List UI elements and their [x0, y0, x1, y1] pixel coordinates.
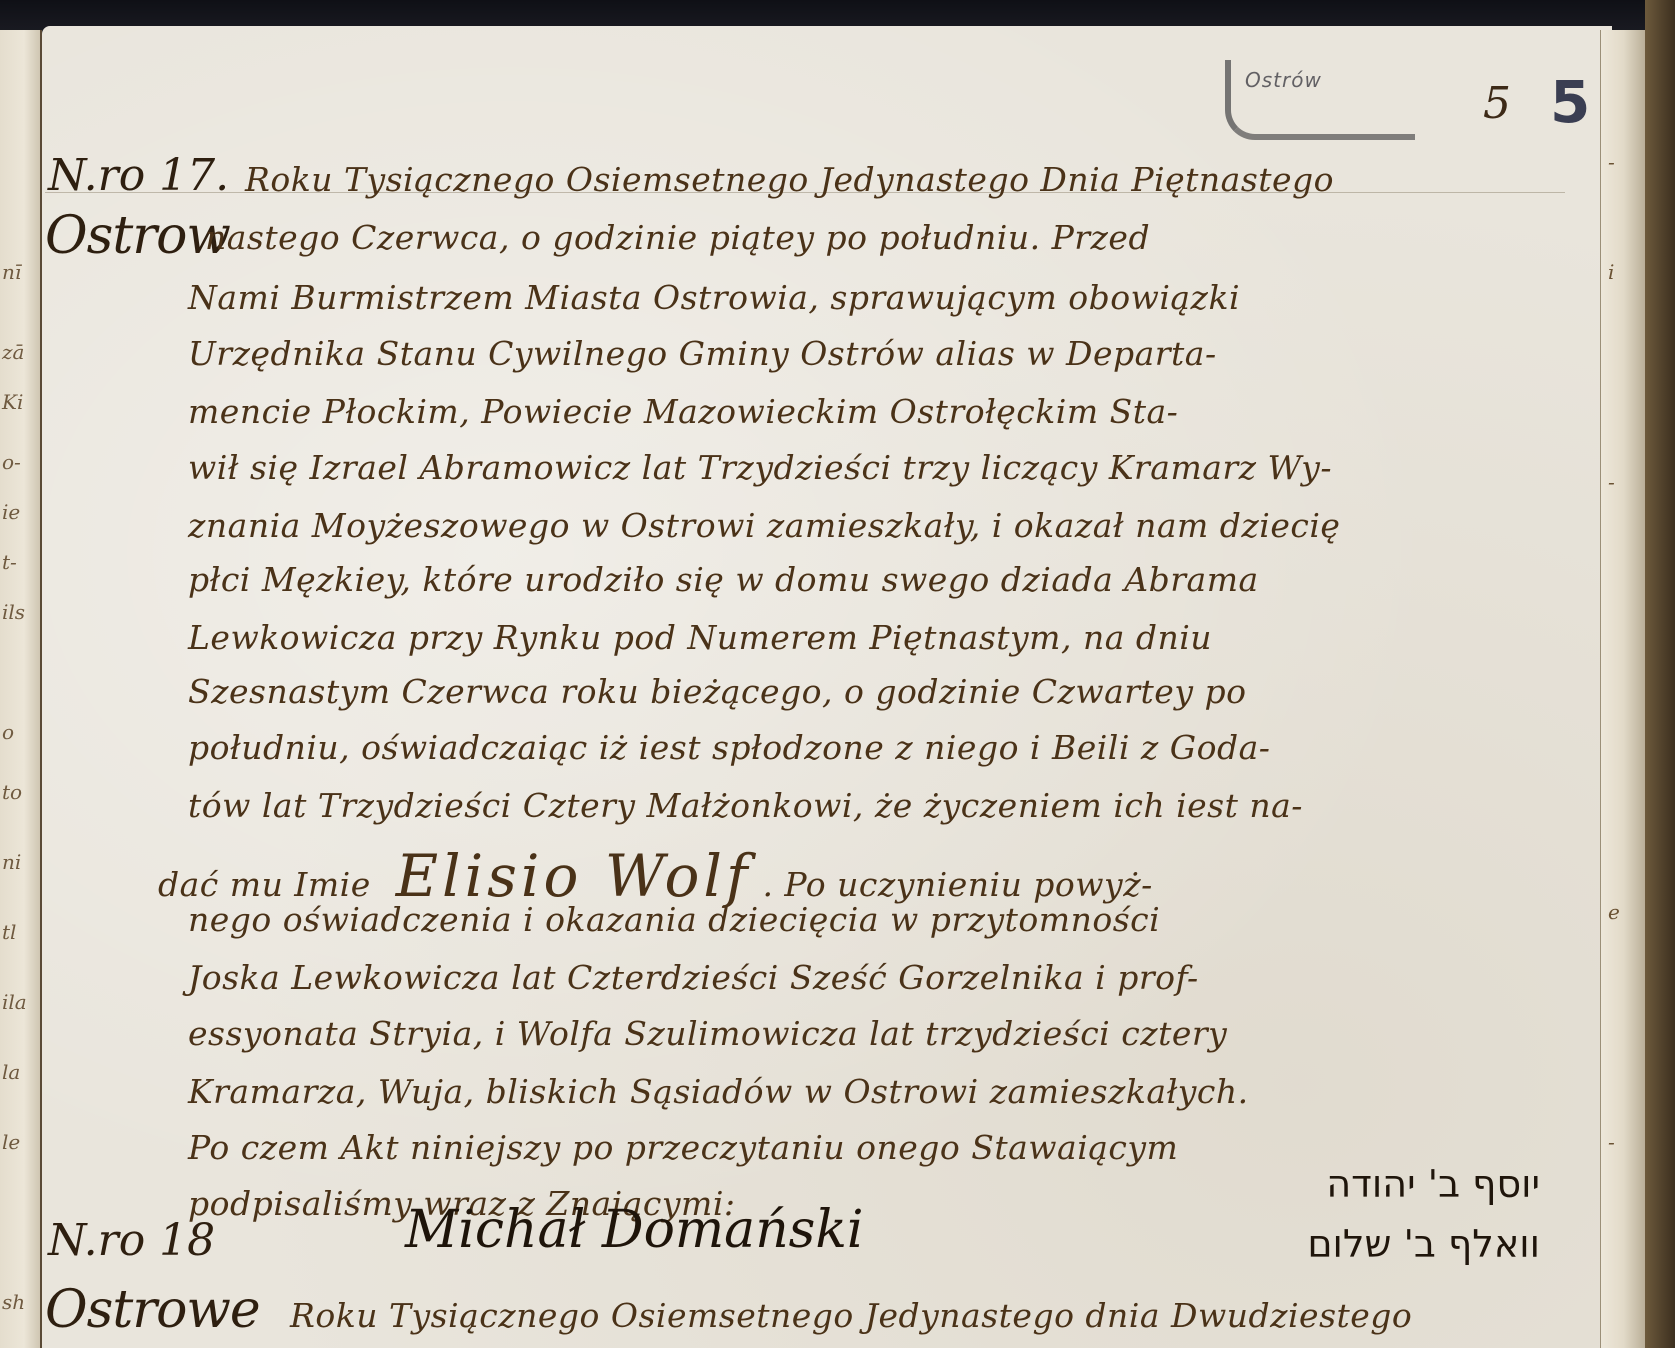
- right-edge-fragment: -: [1608, 150, 1615, 174]
- entry-place: Ostrowe: [45, 1280, 260, 1340]
- left-page-fragment: ils: [2, 600, 25, 624]
- right-edge-fragment: i: [1608, 260, 1614, 284]
- left-page-fragment: nī: [2, 260, 21, 284]
- record-line: tów lat Trzydzieści Cztery Małżonkowi, ż…: [188, 786, 1303, 825]
- record-line: Roku Tysiącznego Osiemsetnego Jedynasteg…: [290, 1296, 1412, 1335]
- record-line: Kramarza, Wuja, bliskich Sąsiadów w Ostr…: [188, 1072, 1249, 1111]
- left-page-fragment: le: [2, 1130, 20, 1154]
- entry-place: Ostrow: [45, 206, 230, 266]
- record-line: znania Moyżeszowego w Ostrowi zamieszkał…: [188, 506, 1340, 545]
- record-line: Szesnastym Czerwca roku bieżącego, o god…: [188, 672, 1246, 711]
- left-page-edge: nī zā Ki o- ie t- ils o to ni tl ila la …: [0, 30, 42, 1348]
- left-page-fragment: zā: [2, 340, 24, 364]
- hebrew-signature-1: יוסף ב' יהודה: [1200, 1162, 1540, 1206]
- record-line: Lewkowicza przy Rynku pod Numerem Piętna…: [188, 618, 1212, 657]
- hebrew-signature-2: וואלף ב' שלום: [1220, 1222, 1540, 1266]
- record-line: nastego Czerwca, o godzinie piątey po po…: [205, 218, 1150, 257]
- record-text: dać mu Imie: [158, 865, 371, 904]
- left-page-fragment: ila: [2, 990, 27, 1014]
- left-page-fragment: t-: [2, 550, 17, 574]
- left-page-fragment: to: [2, 780, 22, 804]
- book-binding: [1645, 0, 1675, 1348]
- record-text: . Po uczynieniu powyż-: [762, 865, 1152, 904]
- record-line: essyonata Stryia, i Wolfa Szulimowicza l…: [188, 1014, 1227, 1053]
- left-page-fragment: tl: [2, 920, 16, 944]
- right-edge-fragment: e: [1608, 900, 1620, 924]
- stamp-text: Ostrów: [1245, 68, 1322, 92]
- record-line: Nami Burmistrzem Miasta Ostrowia, sprawu…: [188, 278, 1240, 317]
- record-line: wił się Izrael Abramowicz lat Trzydzieśc…: [188, 448, 1332, 487]
- mayor-signature: Michał Domański: [405, 1200, 864, 1260]
- record-line: Po czem Akt niniejszy po przeczytaniu on…: [188, 1128, 1178, 1167]
- left-page-fragment: o: [2, 720, 14, 744]
- record-line: południu, oświadczaiąc iż iest spłodzone…: [188, 728, 1270, 767]
- folio-number-ink: 5: [1483, 78, 1511, 129]
- archive-stamp: Ostrów: [1225, 60, 1415, 140]
- left-page-fragment: la: [2, 1060, 20, 1084]
- page-stack-edge: [1600, 30, 1646, 1348]
- right-edge-fragment: -: [1608, 1130, 1615, 1154]
- record-line: nego oświadczenia i okazania dziecięcia …: [188, 900, 1160, 939]
- entry-number: N.ro 18: [48, 1215, 215, 1266]
- record-line: płci Męzkiey, które urodziło się w domu …: [188, 560, 1259, 599]
- record-line: Roku Tysiącznego Osiemsetnego Jedynasteg…: [245, 160, 1334, 199]
- left-page-fragment: ie: [2, 500, 20, 524]
- entry-number: N.ro 17.: [48, 150, 229, 201]
- left-page-fragment: o-: [2, 450, 21, 474]
- left-page-fragment: ni: [2, 850, 21, 874]
- record-line: mencie Płockim, Powiecie Mazowieckim Ost…: [188, 392, 1178, 431]
- left-page-fragment: sh: [2, 1290, 25, 1314]
- record-line: Urzędnika Stanu Cywilnego Gminy Ostrów a…: [188, 334, 1217, 373]
- left-page-fragment: Ki: [2, 390, 23, 414]
- record-line: Joska Lewkowicza lat Czterdzieści Sześć …: [188, 958, 1199, 997]
- folio-number-pencil: 5: [1550, 68, 1590, 136]
- right-edge-fragment: -: [1608, 470, 1615, 494]
